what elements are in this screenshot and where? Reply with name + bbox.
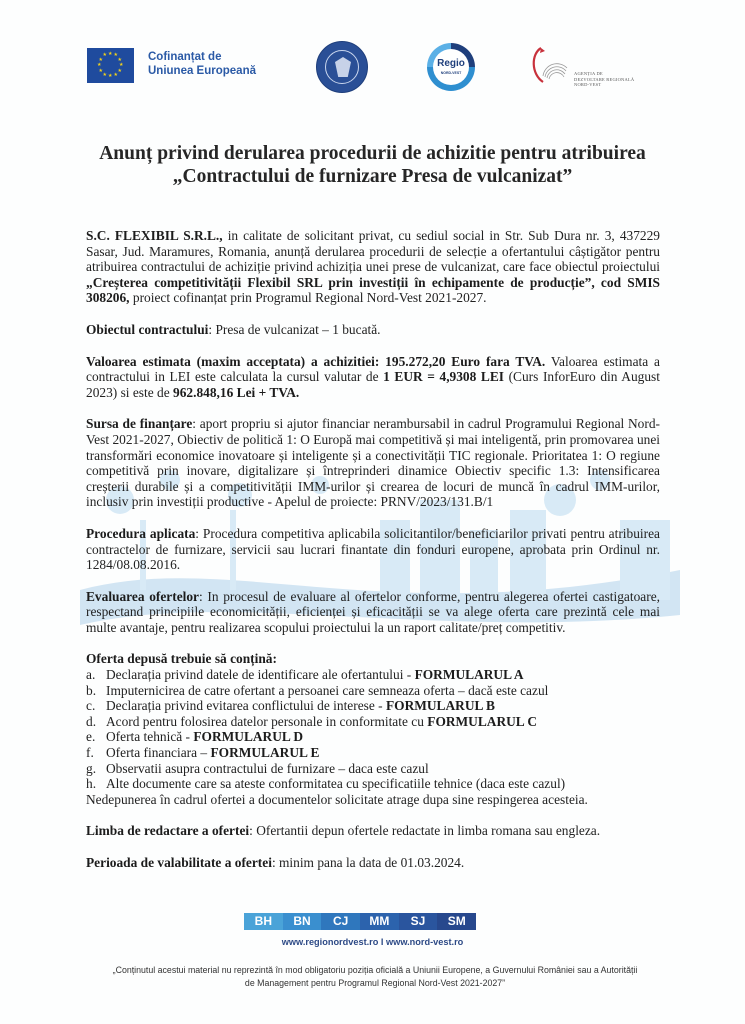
offer-list-item: d.Acord pentru folosirea datelor persona… [86,714,660,730]
announcement-body: S.C. FLEXIBIL S.R.L., in calitate de sol… [86,228,660,871]
eu-label-line2: Uniunea Europeană [148,64,256,78]
estimated-value-paragraph: Valoarea estimata (maxim acceptata) a ac… [86,354,660,401]
validity-paragraph: Perioada de valabilitate a ofertei: mini… [86,855,660,871]
evaluation-paragraph: Evaluarea ofertelor: In procesul de eval… [86,589,660,636]
eu-label-line1: Cofinanțat de [148,50,256,64]
eu-flag-icon: ★★★★★★★★★★★★ [87,48,134,83]
offer-list-item: g.Observatii asupra contractului de furn… [86,761,660,777]
title-line1: Anunț privind derularea procedurii de ac… [0,142,745,165]
offer-footer-note: Nedepunerea în cadrul ofertei a document… [86,792,660,808]
county-bh: BH [244,913,283,930]
county-sj: SJ [399,913,438,930]
page-title: Anunț privind derularea procedurii de ac… [0,142,745,188]
county-cj: CJ [321,913,360,930]
footer-links[interactable]: www.regionordvest.ro I www.nord-vest.ro [0,937,745,947]
offer-list-item: f.Oferta financiara – FORMULARUL E [86,745,660,761]
title-line2: „Contractului de furnizare Presa de vulc… [0,165,745,188]
adr-nord-vest-logo-icon [529,46,569,86]
county-bn: BN [283,913,322,930]
county-mm: MM [360,913,399,930]
language-paragraph: Limba de redactare a ofertei: Ofertantii… [86,823,660,839]
procedure-paragraph: Procedura aplicata: Procedura competitiv… [86,526,660,573]
eu-cofinancing-label: Cofinanțat de Uniunea Europeană [148,50,256,78]
offer-list-item: h.Alte documente care sa ateste conformi… [86,776,660,792]
header-logos: ★★★★★★★★★★★★ Cofinanțat de Uniunea Europ… [0,40,745,100]
footer-disclaimer: „Conținutul acestui material nu reprezin… [110,964,640,989]
county-bar: BHBNCJMMSJSM [244,913,476,930]
funding-source-paragraph: Sursa de finanțare: aport propriu si aju… [86,416,660,510]
offer-heading: Oferta depusă trebuie să conțină: [86,651,660,667]
regio-logo-word: Regio [432,58,470,69]
offer-list-item: e.Oferta tehnică - FORMULARUL D [86,729,660,745]
guvernul-romaniei-seal-icon [316,41,368,93]
document-page: ★★★★★★★★★★★★ Cofinanțat de Uniunea Europ… [0,0,745,1024]
offer-requirements-list: a.Declarația privind datele de identific… [86,667,660,792]
regio-logo-sub: NORD-VEST [432,71,470,75]
offer-list-item: c.Declarația privind evitarea conflictul… [86,698,660,714]
offer-list-item: b.Imputernicirea de catre ofertant a per… [86,683,660,699]
intro-paragraph: S.C. FLEXIBIL S.R.L., in calitate de sol… [86,228,660,306]
contract-object-paragraph: Obiectul contractului: Presa de vulcaniz… [86,322,660,338]
regio-nord-vest-logo-icon: Regio NORD-VEST [427,43,475,91]
offer-list-item: a.Declarația privind datele de identific… [86,667,660,683]
adr-logo-label: Agenția de Dezvoltare Regională Nord-Ves… [574,71,634,88]
county-sm: SM [437,913,476,930]
